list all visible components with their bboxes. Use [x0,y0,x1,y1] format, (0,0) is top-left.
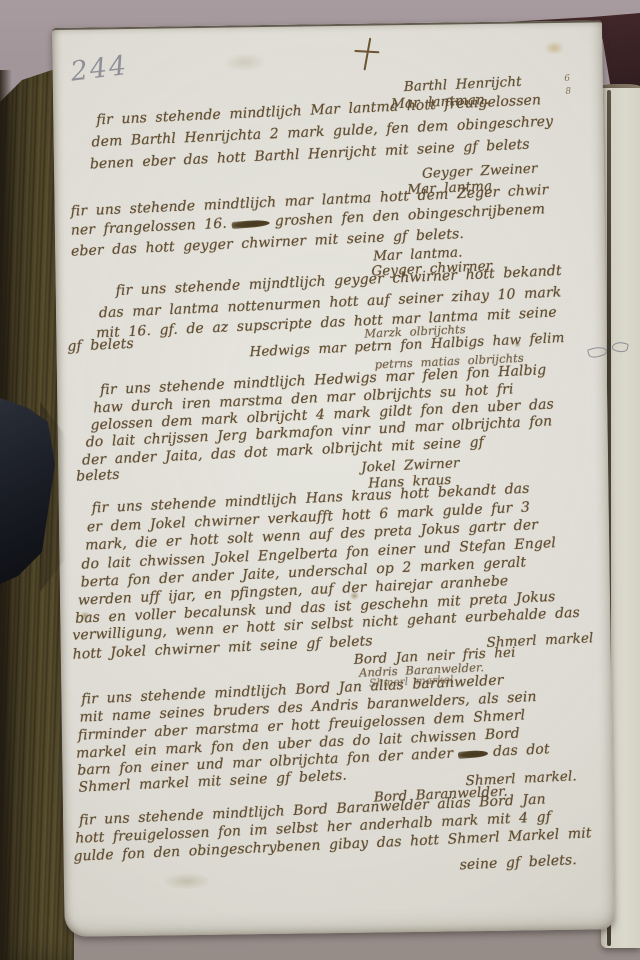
cross-vertical-stroke [363,38,371,71]
manuscript-page: 244 6 8 Barthl Henrijcht Mar lantman. fi… [52,20,615,937]
margin-mark: 6 [564,73,571,86]
ink-strikeout-mark [458,750,488,759]
manuscript-line: gf belets [67,337,134,355]
line-segment: das dot [493,741,550,760]
paper-stain [164,873,210,890]
folio-number: 244 [69,52,129,86]
line-segment: ner frangelossen 16. [70,216,227,239]
manuscript-line: belets [76,468,120,485]
cross-mark [352,37,382,71]
entry-heading: Barthl Henrijcht [404,75,522,95]
paper-stain [544,41,564,55]
ink-strikeout-mark [232,219,270,229]
paper-stain [224,53,264,72]
margin-marks: 6 8 [564,73,572,99]
margin-mark: 8 [565,85,572,98]
manuscript-line: seine gf belets. [459,853,577,874]
